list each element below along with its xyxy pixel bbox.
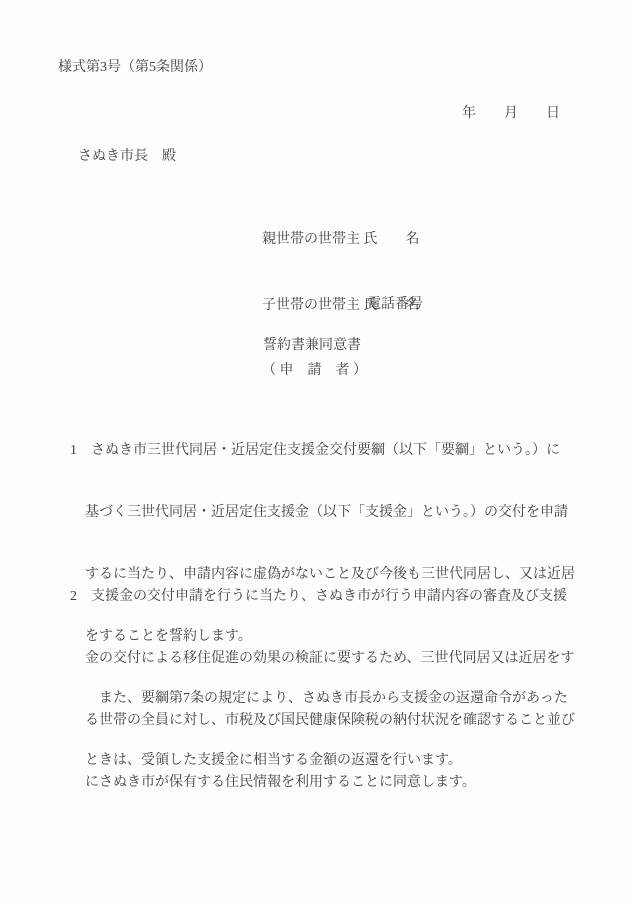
paragraph-line: 2 支援金の交付申請を行うに当たり、さぬき市が行う申請内容の審査及び支援 [70, 586, 575, 608]
paragraph-line: 金の交付による移住促進の効果の検証に要するため、三世代同居又は近居をす [70, 648, 575, 670]
applicant-note: （ 申 請 者 ） [262, 358, 420, 383]
paragraph-line: にさぬき市が保有する住民情報を利用することに同意します。 [70, 772, 575, 794]
date-line: 年 月 日 [462, 104, 560, 124]
parent-household-name-line: 親世帯の世帯主 氏 名 [262, 227, 423, 252]
document-page: 様式第3号（第5条関係） 年 月 日 さぬき市長 殿 親世帯の世帯主 氏 名 電… [0, 0, 630, 903]
paragraph-line: る世帯の全員に対し、市税及び国民健康保険税の納付状況を確認すること並び [70, 710, 575, 732]
paragraph-line: 1 さぬき市三世代同居・近居定住支援金交付要綱（以下「要綱」という。）に [70, 440, 575, 462]
addressee: さぬき市長 殿 [78, 147, 176, 167]
document-title: 誓約書兼同意書 [263, 336, 361, 356]
child-household-name-line: 子世帯の世帯主 氏 名 [262, 293, 420, 318]
consent-paragraph: 2 支援金の交付申請を行うに当たり、さぬき市が行う申請内容の審査及び支援 金の交… [70, 546, 575, 834]
paragraph-line: 基づく三世代同居・近居定住支援金（以下「支援金」という。）の交付を申請 [70, 502, 575, 524]
form-number: 様式第3号（第5条関係） [58, 58, 212, 78]
